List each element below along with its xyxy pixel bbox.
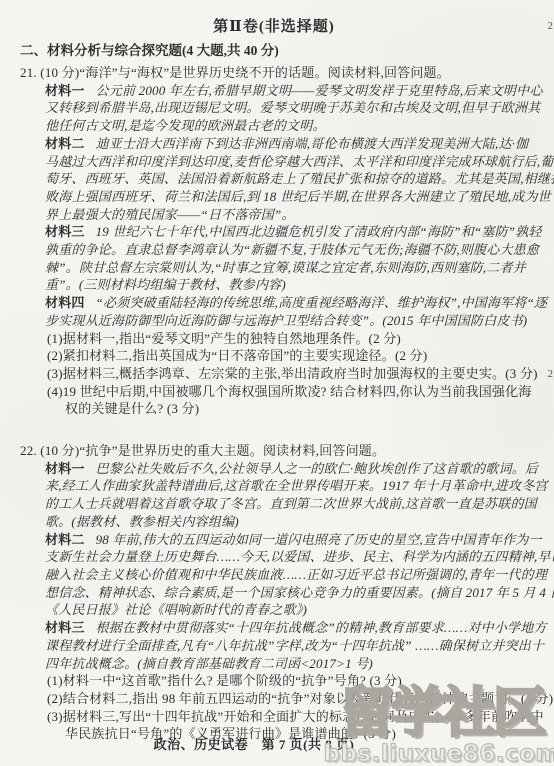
text-line: 步实现从近海防御型向近海防御与远海护卫型结合转变”。(2015 年中国国防白皮书… [45, 312, 528, 330]
text-line: 重”。(三则材料均组编于教材、教参内容) [45, 276, 528, 294]
text-line: (3)据材料三,概括李鸿章、左宗棠的主张,举出清政府当时加强海权的主要史实。(3… [47, 365, 528, 383]
text-line: 四年抗战概念。(摘自教育部基础教育二司函<2017>1 号) [45, 655, 528, 673]
material-text: 根据在教材中贯彻落实“十四年抗战概念”的精神,教育部要求……对中小学地方 [96, 620, 547, 635]
margin-number-mid: 2 [548, 368, 554, 380]
material-label: 材料一 [45, 83, 85, 98]
material-text: 98 年前,伟大的五四运动如同一道闪电照亮了历史的星空,宣告中国青年作为一 [96, 532, 542, 547]
text-line: 想信念、精神状态、综合素质,是一个国家核心竞争力的重要因素。(摘自 2017 年… [45, 584, 528, 602]
section-heading: 二、材料分析与综合探究题(4 大题,共 40 分) [20, 40, 528, 62]
text-line: 融入社会主义核心价值观和中华民族血液……正如习近平总书记所强调的,青年一代的理 [45, 566, 528, 584]
text-line: 材料三根据在教材中贯彻落实“十四年抗战概念”的精神,教育部要求……对中小学地方 [45, 619, 528, 637]
question-block-21: 21. (10 分)“海洋”与“海权”是世界历史绕不开的话题。阅读材料,回答问题… [20, 64, 528, 418]
material-label: 材料三 [45, 224, 85, 239]
page-footer: 政治、历史试卷 第 7 页(共 8 页) [0, 734, 508, 753]
text-line: 权的关键是什么? (3 分) [65, 400, 528, 418]
question-block-22: 22. (10 分)“抗争”是世界历史的重大主题。阅读材料,回答问题。材料一巴黎… [20, 442, 528, 743]
material-label: 材料三 [45, 620, 85, 635]
text-line: 材料二迪亚士沿大西洋南下到达非洲西南端,哥伦布横渡大西洋发现美洲大陆,达·伽 [45, 135, 528, 153]
text-line: 材料一巴黎公社失败后不久,公社领导人之一的欧仁·鲍狄埃创作了这首歌的歌词。后 [45, 460, 528, 478]
text-line: 课程教材进行全面排查,凡有“八年抗战”字样,改为“十四年抗战” ……确保树立并突… [45, 637, 528, 655]
text-line: (1)据材料一,指出“爱琴文明”产生的独特自然地理条件。(2 分) [47, 330, 528, 348]
text-line: 界上最强大的殖民国家——“日不落帝国”。 [45, 206, 528, 224]
material-label: 材料四 [45, 295, 85, 310]
questions-container: 21. (10 分)“海洋”与“海权”是世界历史绕不开的话题。阅读材料,回答问题… [20, 64, 528, 743]
text-line: 他任何古文明,是迄今发现的欧洲最古老的文明。 [45, 117, 528, 135]
text-line: 材料四“必须突破重陆轻海的传统思维,高度重视经略海洋、维护海权”,中国海军将“逐 [45, 294, 528, 312]
text-line: 21. (10 分)“海洋”与“海权”是世界历史绕不开的话题。阅读材料,回答问题… [20, 64, 528, 82]
margin-number-top: 2 [548, 20, 554, 32]
text-line: 支新生社会力量登上历史舞台……今天,以爱国、进步、民主、科学为内涵的五四精神,早… [45, 548, 528, 566]
text-line: 材料二98 年前,伟大的五四运动如同一道闪电照亮了历史的星空,宣告中国青年作为一 [45, 531, 528, 549]
text-line: 《人民日报》社论《唱响新时代的青春之歌》) [45, 601, 528, 619]
text-line: 萄牙、西班牙、英国、法国沿着新航路走上了殖民扩张和掠夺的道路。尤其是英国,相继打 [45, 170, 528, 188]
text-line: 来,经工人作曲家狄盖特谱曲后,这首歌在全世界传唱开来。1917 年十月革命中,进… [45, 477, 528, 495]
text-line: (2)紧扣材料二,指出英国成为“日不落帝国”的主要实现途径。(2 分) [47, 347, 528, 365]
text-line: 材料三19 世纪六七十年代,中国西北边疆危机引发了清政府内部“海防”和“塞防”孰… [45, 223, 528, 241]
text-line: (3)据材料三,写出“十四年抗战”开始和全面扩大的标志性时间及史实。80 多年前… [47, 708, 528, 726]
text-line: 的工人士兵就唱着这首歌夺取了冬宫。直到第二次世界大战前,这首歌一直是苏联的国 [45, 495, 528, 513]
material-text: “必须突破重陆轻海的传统思维,高度重视经略海洋、维护海权”,中国海军将“逐 [96, 295, 548, 310]
paper-title: 第Ⅱ卷(非选择题) [20, 16, 528, 38]
text-line: 又转移到希腊半岛,出现迈锡尼文明。爱琴文明晚于苏美尔和古埃及文明,但早于欧洲其 [45, 99, 528, 117]
material-text: 公元前 2000 年左右,希腊早期文明——爱琴文明发祥于克里特岛,后来文明中心 [96, 83, 543, 98]
text-line: 歌。(据教材、教参相关内容组编) [45, 513, 528, 531]
material-text: 巴黎公社失败后不久,公社领导人之一的欧仁·鲍狄埃创作了这首歌的歌词。后 [96, 461, 539, 476]
text-line: 棘”。陕甘总督左宗棠则认为,“时事之宜筹,谟谋之宜定者,东则海防,西则塞防,二者… [45, 259, 528, 277]
text-line: (4)19 世纪中后期,中国被哪几个海权强国所欺凌? 结合材料四,你认为当前我国… [47, 383, 528, 401]
text-line: 22. (10 分)“抗争”是世界历史的重大主题。阅读材料,回答问题。 [20, 442, 528, 460]
material-label: 材料一 [45, 461, 85, 476]
text-line: (1)材料一中“这首歌”指什么? 是哪个阶级的“抗争”号角? (3 分) [47, 672, 528, 690]
material-text: 迪亚士沿大西洋南下到达非洲西南端,哥伦布横渡大西洋发现美洲大陆,达·伽 [96, 136, 529, 151]
text-line: 材料一公元前 2000 年左右,希腊早期文明——爱琴文明发祥于克里特岛,后来文明… [45, 82, 528, 100]
exam-paper-page: 第Ⅱ卷(非选择题) 二、材料分析与综合探究题(4 大题,共 40 分) 21. … [0, 0, 554, 766]
material-label: 材料二 [45, 136, 85, 151]
text-line: 马越过大西洋和印度洋到达印度,麦哲伦穿越大西洋、太平洋和印度洋完成环球航行后,葡 [45, 153, 528, 171]
text-line: 孰重的争论。直隶总督李鸿章认为“新疆不复,于肢体元气无伤;海疆不防,则腹心大患愈 [45, 241, 528, 259]
material-label: 材料二 [45, 532, 85, 547]
text-line: (2)结合材料二,指出 98 年前五四运动的“抗争”对象以及新时代五四精神的主题… [47, 690, 528, 708]
text-line: 败海上强国西班牙、荷兰和法国后,到 18 世纪后半期,在世界各大洲建立了殖民地,… [45, 188, 528, 206]
material-text: 19 世纪六七十年代,中国西北边疆危机引发了清政府内部“海防”和“塞防”孰轻 [96, 224, 542, 239]
